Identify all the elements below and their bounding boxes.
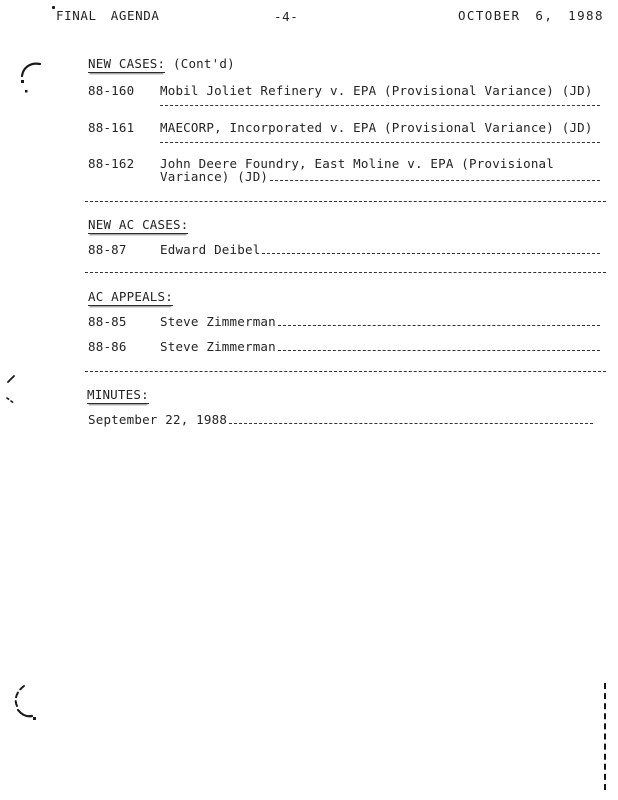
- case-row-continuation: Variance) (JD): [88, 169, 600, 184]
- case-row: 88-85 Steve Zimmerman: [88, 314, 600, 329]
- section-title-new-ac-cases: NEW AC CASES:: [88, 217, 188, 232]
- case-number: 88-160: [88, 83, 160, 98]
- case-row: 88-160 Mobil Joliet Refinery v. EPA (Pro…: [88, 83, 600, 98]
- minutes-date: September 22, 1988: [88, 412, 227, 427]
- case-number: 88-86: [88, 339, 160, 354]
- fill-in-line: [270, 180, 600, 181]
- case-number: 88-161: [88, 120, 160, 135]
- document-title: FINAL AGENDA: [56, 8, 160, 23]
- case-number: 88-85: [88, 314, 160, 329]
- fill-in-line: [278, 350, 600, 351]
- fill-in-line: [262, 253, 600, 254]
- section-title-suffix: (Cont'd): [173, 56, 235, 71]
- pen-mark: [16, 60, 50, 100]
- case-number: 88-87: [88, 242, 160, 257]
- section-title-ac-appeals: AC APPEALS:: [88, 289, 173, 304]
- case-row: 88-86 Steve Zimmerman: [88, 339, 600, 354]
- section-title-text: NEW CASES:: [88, 56, 165, 73]
- case-text: MAECORP, Incorporated v. EPA (Provisiona…: [160, 120, 600, 135]
- scanned-agenda-page: FINAL AGENDA -4- OCTOBER 6, 1988 NEW CAS…: [0, 0, 618, 800]
- fill-in-line: [229, 423, 593, 424]
- case-text-continued: Variance) (JD): [160, 169, 268, 184]
- section-divider: [85, 371, 606, 372]
- section-title-text: AC APPEALS:: [88, 289, 173, 306]
- case-row: 88-87 Edward Deibel: [88, 242, 600, 257]
- scan-edge-line: [604, 683, 606, 790]
- scan-speck: [52, 6, 55, 9]
- case-text: Mobil Joliet Refinery v. EPA (Provisiona…: [160, 83, 600, 98]
- case-row: 88-161 MAECORP, Incorporated v. EPA (Pro…: [88, 120, 600, 135]
- case-text: Steve Zimmerman: [160, 339, 276, 354]
- document-date: OCTOBER 6, 1988: [458, 8, 604, 23]
- section-divider: [85, 272, 606, 273]
- fill-in-line: [278, 325, 600, 326]
- page-number: -4-: [274, 9, 298, 24]
- section-title-minutes: MINUTES:: [87, 387, 149, 402]
- section-title-new-cases: NEW CASES: (Cont'd): [88, 56, 235, 71]
- section-title-text: MINUTES:: [87, 387, 149, 404]
- case-text: Edward Deibel: [160, 242, 260, 257]
- fill-in-line: [160, 142, 600, 143]
- section-divider: [85, 201, 606, 202]
- pen-mark: [8, 682, 48, 724]
- minutes-row: September 22, 1988: [88, 412, 593, 427]
- section-title-text: NEW AC CASES:: [88, 217, 188, 234]
- case-text: Steve Zimmerman: [160, 314, 276, 329]
- fill-in-line: [160, 105, 600, 106]
- pen-mark: [4, 372, 24, 408]
